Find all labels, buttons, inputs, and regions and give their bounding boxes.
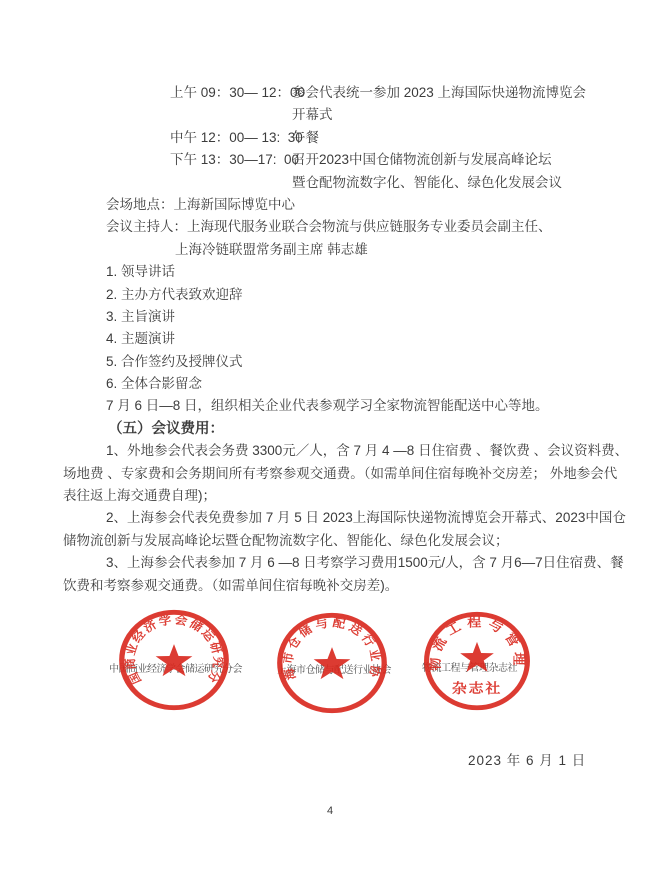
schedule-time: 上午 09：30— 12：00: [170, 82, 292, 104]
schedule-row: 上午 09：30— 12：00参会代表统一参加 2023 上海国际快递物流博览会: [63, 82, 630, 104]
agenda-item: 4. 主题演讲: [63, 328, 630, 350]
schedule-desc-continuation: 暨仓配物流数字化、智能化、绿色化发展会议: [63, 172, 630, 194]
schedule-desc: 召开2023中国仓储物流创新与发展高峰论坛: [292, 152, 552, 167]
schedule-row: 中午 12：00— 13: 30午餐: [63, 127, 630, 149]
fee-paragraph-line: 2、上海参会代表免费参加 7 月 5 日 2023上海国际快递物流博览会开幕式、…: [63, 507, 630, 529]
page-number: 4: [0, 805, 660, 817]
fee-paragraph-line: 1、外地参会代表会务费 3300元／人，含 7 月 4 —8 日住宿费 、餐饮费…: [63, 440, 630, 462]
fees-heading: （五）会议费用：: [63, 418, 630, 440]
host-line: 会议主持人：上海现代服务业联合会物流与供应链服务专业委员会副主任、: [63, 216, 630, 238]
seal-star-icon: [156, 644, 193, 676]
document-content: 上午 09：30— 12：00参会代表统一参加 2023 上海国际快递物流博览会…: [63, 82, 630, 597]
seal-bottom-text: 杂志社: [452, 680, 502, 697]
seal-ring-text: 中国商业经济学会储运研究分会: [116, 607, 227, 687]
fee-paragraph-line: 表往返上海交通费自理)；: [63, 485, 630, 507]
agenda-item: 6. 全体合影留念: [63, 373, 630, 395]
date-line: 2023 年 6 月 1 日: [468, 749, 586, 769]
schedule-time: 中午 12：00— 13: 30: [170, 127, 292, 149]
agenda-item: 1. 领导讲话: [63, 261, 630, 283]
seal-star-icon: [314, 647, 351, 679]
document-page: 上午 09：30— 12：00参会代表统一参加 2023 上海国际快递物流博览会…: [0, 0, 660, 896]
schedule-desc: 参会代表统一参加 2023 上海国际快递物流博览会: [292, 85, 586, 100]
agenda-item: 5. 合作签约及授牌仪式: [63, 351, 630, 373]
schedule-row: 下午 13：30—17: 00召开2023中国仓储物流创新与发展高峰论坛: [63, 149, 630, 171]
fee-paragraph-line: 储物流创新与发展高峰论坛暨仓配物流数字化、智能化、绿色化发展会议；: [63, 530, 630, 552]
agenda-item: 2. 主办方代表致欢迎辞: [63, 284, 630, 306]
host-line-continuation: 上海冷链联盟常务副主席 韩志雄: [63, 239, 630, 261]
visit-line: 7 月 6 日—8 日，组织相关企业代表参观学习全家物流智能配送中心等地。: [63, 395, 630, 417]
seal-stamp-2: 上海市仓储与配送行业协会: [274, 610, 390, 716]
seal-stamp-3: 物流工程与管理 杂志社: [421, 609, 533, 713]
fee-paragraph-line: 饮费和考察参观交通费。（如需单间住宿每晚补交房差)。: [63, 575, 630, 597]
agenda-item: 3. 主旨演讲: [63, 306, 630, 328]
venue-line: 会场地点：上海新国际博览中心: [63, 194, 630, 216]
fee-paragraph-line: 3、上海参会代表参加 7 月 6 —8 日考察学习费用1500元/人，含 7 月…: [63, 552, 630, 574]
schedule-desc-continuation: 开幕式: [63, 104, 630, 126]
seal-star-icon: [460, 642, 494, 672]
fee-paragraph-line: 场地费 、专家费和会务期间所有考察参观交通费。（如需单间住宿每晚补交房差； 外地…: [63, 463, 630, 485]
schedule-desc: 午餐: [292, 130, 319, 145]
schedule-time: 下午 13：30—17: 00: [170, 149, 292, 171]
seal-stamp-1: 中国商业经济学会储运研究分会: [116, 607, 232, 713]
